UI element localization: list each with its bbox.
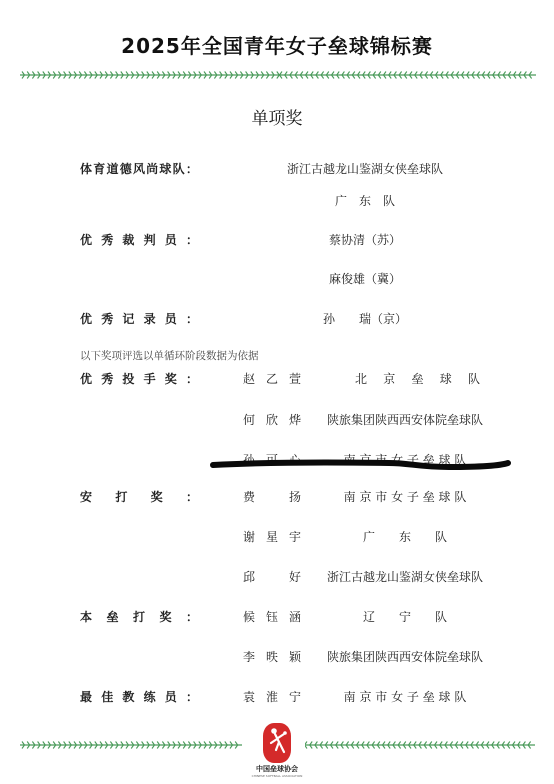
- label-char: ：: [186, 310, 198, 327]
- label-char: 奖: [159, 608, 171, 625]
- label-char: 打: [133, 608, 145, 625]
- label-char: 星: [266, 528, 278, 545]
- label-char: 奖: [165, 370, 177, 387]
- player-team: 北京垒球队: [355, 370, 480, 387]
- label-char: 萱: [289, 370, 301, 387]
- label-char: 判: [144, 231, 156, 248]
- player-team: 广 东 队: [305, 528, 505, 545]
- label-char: 德: [120, 160, 132, 177]
- award-row-scorer: 优秀记录员： 孙 瑞（京）: [0, 310, 554, 330]
- award-row-sportsmanship: 体育道德风尚球队： 浙江古越龙山鉴湖女侠垒球队: [0, 160, 554, 180]
- label-char: 乙: [266, 370, 278, 387]
- vine-divider-bottom-right: [305, 740, 535, 750]
- player-team: 陕旅集团陕西西安体院垒球队: [305, 411, 505, 428]
- label-char: 投: [122, 370, 134, 387]
- label-char: 费: [243, 488, 255, 505]
- label-char: ：: [186, 370, 198, 387]
- player-team: 陕旅集团陕西西安体院垒球队: [305, 648, 505, 665]
- award-row-sportsmanship-2: 广 东 队: [0, 192, 554, 212]
- label-char: ：: [186, 488, 198, 505]
- award-label: 优秀投手奖：: [80, 370, 198, 387]
- label-char: 优: [80, 231, 92, 248]
- award-team: 广 东 队: [230, 192, 500, 209]
- logo-subtitle: CHINESE SOFTBALL ASSOCIATION: [240, 774, 314, 778]
- section-title: 单项奖: [0, 104, 554, 129]
- award-row-umpire-2: 麻俊雄（冀）: [0, 270, 554, 290]
- label-char: 昳: [266, 648, 278, 665]
- label-char: 钰: [266, 608, 278, 625]
- label-char: 候: [243, 608, 255, 625]
- label-char: 垒: [106, 608, 118, 625]
- label-char: 球: [159, 160, 171, 177]
- award-row-hit: 谢星宇广 东 队: [0, 528, 554, 548]
- label-char: 涵: [289, 608, 301, 625]
- vine-divider-top: [20, 70, 536, 80]
- marker-strike-stroke: [209, 457, 513, 471]
- label-char: 优: [80, 370, 92, 387]
- player-name: 费扬: [243, 488, 301, 505]
- label-char: ：: [186, 231, 198, 248]
- label-char: ：: [186, 160, 198, 177]
- award-label: 本垒打奖：: [80, 608, 198, 625]
- award-row-hit: 安打奖：费扬南 京 市 女 子 垒 球 队: [0, 488, 554, 508]
- label-char: 颖: [289, 648, 301, 665]
- label-char: 本: [80, 608, 92, 625]
- label-char: ：: [186, 688, 198, 705]
- label-char: 宁: [289, 688, 301, 705]
- award-label: 最佳教练员：: [80, 688, 198, 705]
- award-team: 浙江古越龙山鉴湖女侠垒球队: [230, 160, 500, 177]
- award-label: 体育道德风尚球队：: [80, 160, 198, 177]
- label-char: 宇: [289, 528, 301, 545]
- label-char: 最: [80, 688, 92, 705]
- player-team: 浙江古越龙山鉴湖女侠垒球队: [305, 568, 505, 585]
- label-char: 队: [173, 160, 185, 177]
- label-char: 员: [165, 688, 177, 705]
- label-char: 球: [440, 370, 452, 387]
- label-char: 京: [383, 370, 395, 387]
- label-char: 风: [133, 160, 145, 177]
- label-char: 邱: [243, 568, 255, 585]
- label-char: 垒: [411, 370, 423, 387]
- award-row-home-run: 李昳颖陕旅集团陕西西安体院垒球队: [0, 648, 554, 668]
- label-char: 道: [106, 160, 118, 177]
- label-char: 优: [80, 310, 92, 327]
- player-name: 候钰涵: [243, 608, 301, 625]
- label-char: 秀: [101, 310, 113, 327]
- award-label: 安打奖：: [80, 488, 198, 505]
- award-row-pitcher: 优秀投手奖：赵乙萱北京垒球队: [0, 370, 554, 390]
- award-row-pitcher: 何欣烨陕旅集团陕西西安体院垒球队: [0, 411, 554, 431]
- label-char: 手: [144, 370, 156, 387]
- award-person: 麻俊雄（冀）: [230, 270, 500, 287]
- label-char: 育: [93, 160, 105, 177]
- award-row-hit: 邱好浙江古越龙山鉴湖女侠垒球队: [0, 568, 554, 588]
- label-char: 北: [355, 370, 367, 387]
- label-char: 记: [122, 310, 134, 327]
- logo-name: 中国垒球协会: [240, 764, 314, 774]
- label-char: 谢: [243, 528, 255, 545]
- label-char: 奖: [151, 488, 163, 505]
- player-name: 谢星宇: [243, 528, 301, 545]
- label-char: 队: [468, 370, 480, 387]
- label-char: 体: [80, 160, 92, 177]
- award-label: 优秀记录员：: [80, 310, 198, 327]
- softball-association-logo-icon: [262, 722, 292, 764]
- label-char: 李: [243, 648, 255, 665]
- label-char: 员: [165, 310, 177, 327]
- award-person: 蔡协清（苏）: [230, 231, 500, 248]
- label-char: 扬: [289, 488, 301, 505]
- document-title: 2025年全国青年女子垒球锦标赛: [0, 30, 554, 59]
- award-label: 优秀裁判员：: [80, 231, 198, 248]
- vine-divider-bottom-left: [20, 740, 242, 750]
- player-name: 赵乙萱: [243, 370, 301, 387]
- label-char: 打: [115, 488, 127, 505]
- label-char: 秀: [101, 370, 113, 387]
- award-row-home-run: 本垒打奖：候钰涵辽 宁 队: [0, 608, 554, 628]
- label-char: 烨: [289, 411, 301, 428]
- label-char: 好: [289, 568, 301, 585]
- label-char: 员: [165, 231, 177, 248]
- label-char: 秀: [101, 231, 113, 248]
- award-row-coach: 最佳教练员：袁淮宁南 京 市 女 子 垒 球 队: [0, 688, 554, 708]
- player-name: 李昳颖: [243, 648, 301, 665]
- label-char: 何: [243, 411, 255, 428]
- label-char: 赵: [243, 370, 255, 387]
- player-name: 袁淮宁: [243, 688, 301, 705]
- label-char: 练: [144, 688, 156, 705]
- player-name: 何欣烨: [243, 411, 301, 428]
- selection-note: 以下奖项评选以单循环阶段数据为依据: [80, 348, 259, 363]
- player-team: 南 京 市 女 子 垒 球 队: [305, 688, 505, 705]
- label-char: 欣: [266, 411, 278, 428]
- label-char: 教: [122, 688, 134, 705]
- label-char: 裁: [122, 231, 134, 248]
- label-char: 袁: [243, 688, 255, 705]
- label-char: 佳: [101, 688, 113, 705]
- label-char: 尚: [146, 160, 158, 177]
- label-char: 安: [80, 488, 92, 505]
- award-row-umpire: 优秀裁判员： 蔡协清（苏）: [0, 231, 554, 251]
- label-char: 淮: [266, 688, 278, 705]
- player-team: 辽 宁 队: [305, 608, 505, 625]
- award-person: 孙 瑞（京）: [230, 310, 500, 327]
- player-team: 南 京 市 女 子 垒 球 队: [305, 488, 505, 505]
- player-name: 邱好: [243, 568, 301, 585]
- label-char: ：: [186, 608, 198, 625]
- label-char: 录: [144, 310, 156, 327]
